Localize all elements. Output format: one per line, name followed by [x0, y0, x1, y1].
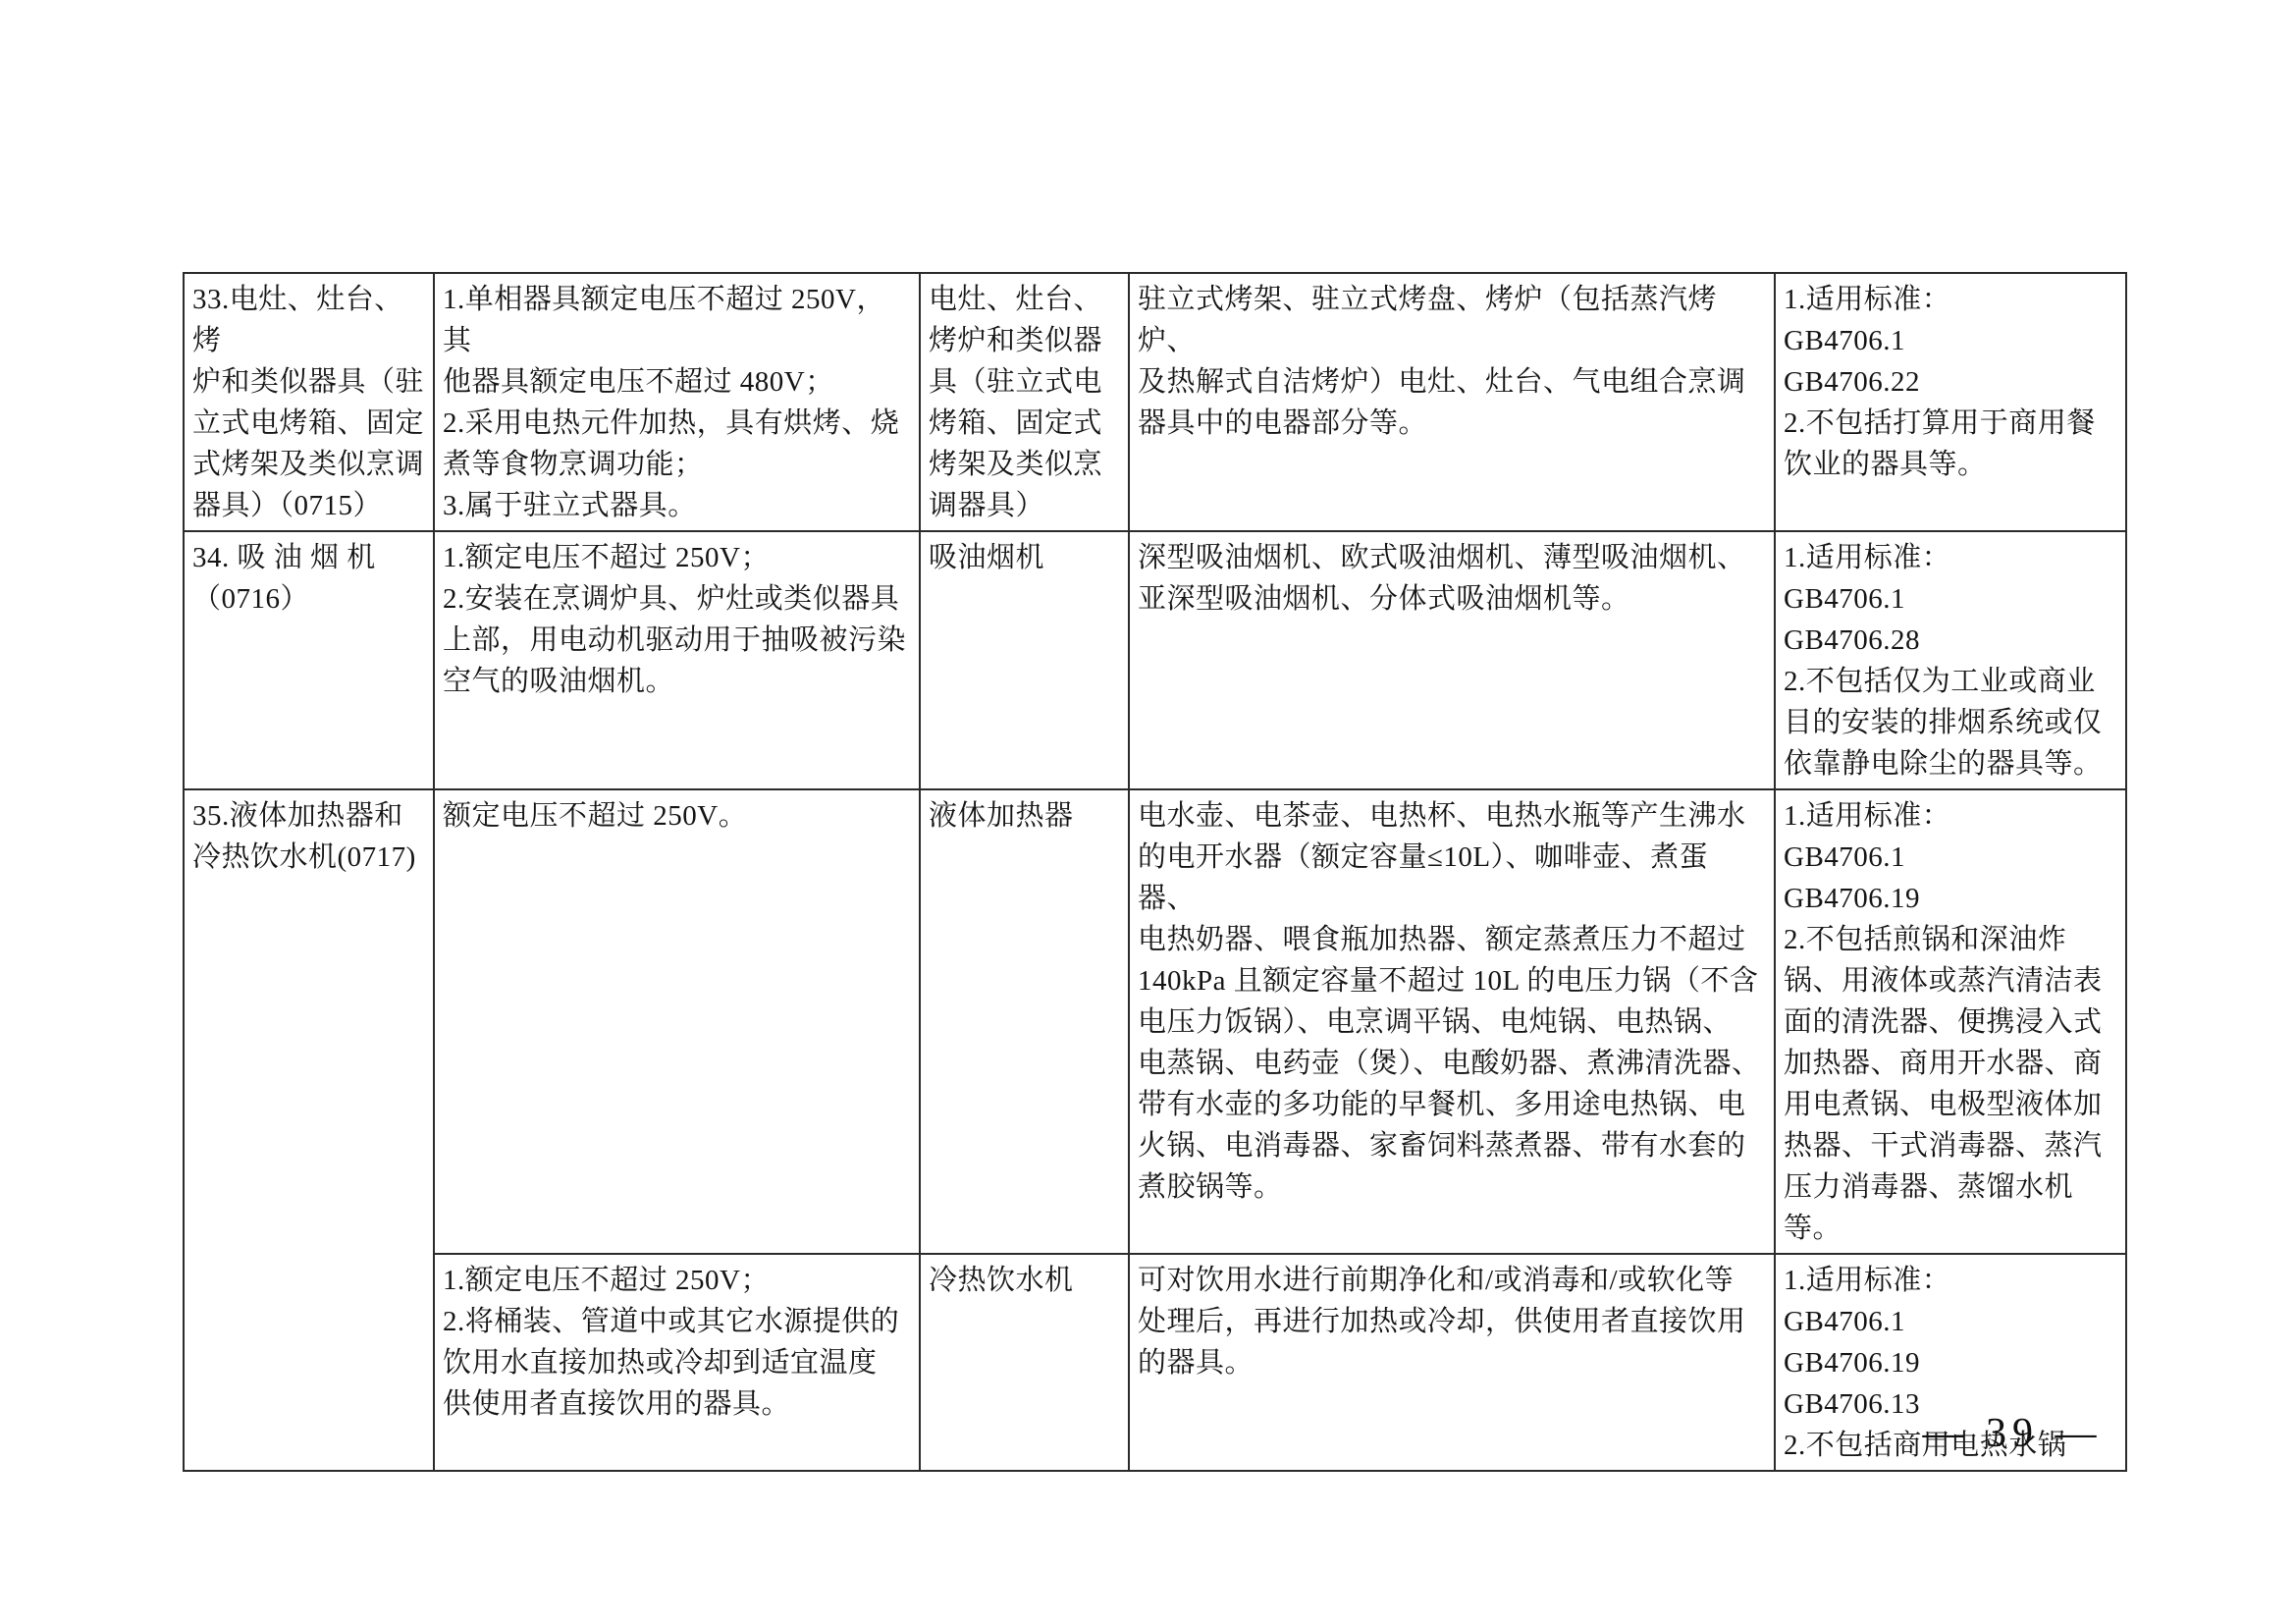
table-row-item-35-water-dispenser: 1.额定电压不超过 250V； 2.将桶装、管道中或其它水源提供的 饮用水直接加…	[184, 1254, 2126, 1471]
document-page: 33.电灶、灶台、烤 炉和类似器具（驻 立式电烤箱、固定 式烤架及类似烹调 器具…	[0, 0, 2296, 1624]
cell-category: 电灶、灶台、 烤炉和类似器 具（驻立式电 烤箱、固定式 烤架及类似烹 调器具）	[920, 273, 1129, 531]
cell-category: 吸油烟机	[920, 531, 1129, 789]
table-row-item-33: 33.电灶、灶台、烤 炉和类似器具（驻 立式电烤箱、固定 式烤架及类似烹调 器具…	[184, 273, 2126, 531]
cell-category: 冷热饮水机	[920, 1254, 1129, 1471]
cell-item-name: 35.液体加热器和 冷热饮水机(0717)	[184, 789, 434, 1471]
cell-technical-requirements: 1.额定电压不超过 250V； 2.安装在烹调炉具、炉灶或类似器具 上部，用电动…	[434, 531, 920, 789]
cell-standards: 1.适用标准： GB4706.1 GB4706.22 2.不包括打算用于商用餐 …	[1775, 273, 2126, 531]
cell-item-name: 33.电灶、灶台、烤 炉和类似器具（驻 立式电烤箱、固定 式烤架及类似烹调 器具…	[184, 273, 434, 531]
cell-examples: 驻立式烤架、驻立式烤盘、烤炉（包括蒸汽烤炉、 及热解式自洁烤炉）电灶、灶台、气电…	[1129, 273, 1775, 531]
cell-standards: 1.适用标准： GB4706.1 GB4706.19 2.不包括煎锅和深油炸 锅…	[1775, 789, 2126, 1254]
page-number: — 39 —	[1865, 1410, 2160, 1457]
cell-examples: 深型吸油烟机、欧式吸油烟机、薄型吸油烟机、 亚深型吸油烟机、分体式吸油烟机等。	[1129, 531, 1775, 789]
product-catalog-table: 33.电灶、灶台、烤 炉和类似器具（驻 立式电烤箱、固定 式烤架及类似烹调 器具…	[183, 272, 2127, 1472]
cell-standards: 1.适用标准： GB4706.1 GB4706.28 2.不包括仅为工业或商业 …	[1775, 531, 2126, 789]
cell-category: 液体加热器	[920, 789, 1129, 1254]
cell-examples: 可对饮用水进行前期净化和/或消毒和/或软化等 处理后，再进行加热或冷却，供使用者…	[1129, 1254, 1775, 1471]
cell-technical-requirements: 额定电压不超过 250V。	[434, 789, 920, 1254]
cell-technical-requirements: 1.额定电压不超过 250V； 2.将桶装、管道中或其它水源提供的 饮用水直接加…	[434, 1254, 920, 1471]
table-row-item-34: 34. 吸 油 烟 机 （0716） 1.额定电压不超过 250V； 2.安装在…	[184, 531, 2126, 789]
cell-examples: 电水壶、电茶壶、电热杯、电热水瓶等产生沸水 的电开水器（额定容量≤10L）、咖啡…	[1129, 789, 1775, 1254]
cell-technical-requirements: 1.单相器具额定电压不超过 250V，其 他器具额定电压不超过 480V； 2.…	[434, 273, 920, 531]
cell-item-name: 34. 吸 油 烟 机 （0716）	[184, 531, 434, 789]
table-row-item-35-liquid-heater: 35.液体加热器和 冷热饮水机(0717) 额定电压不超过 250V。 液体加热…	[184, 789, 2126, 1254]
